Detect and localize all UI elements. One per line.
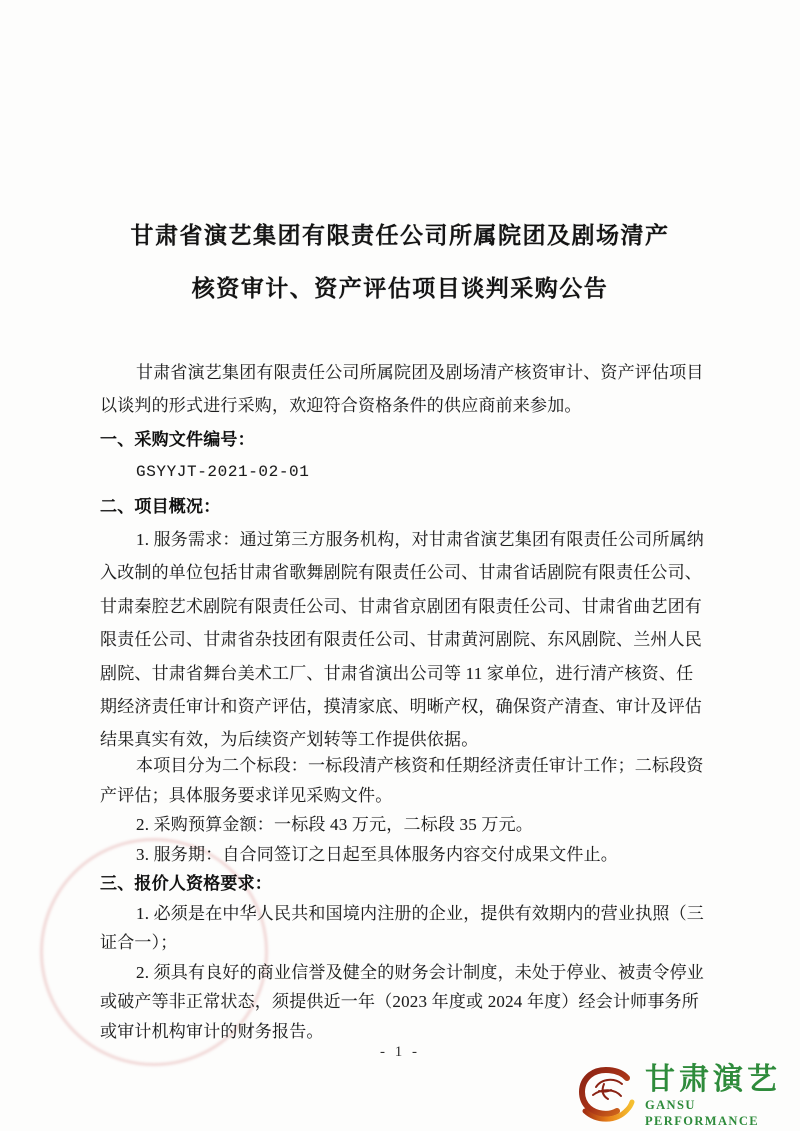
section-3-heading: 三、报价人资格要求：: [100, 869, 712, 899]
procurement-doc-number: GSYYJT-2021-02-01: [100, 456, 712, 489]
qualification-2-line-2: 或破产等非正常状态，须提供近一年（2023 年度或 2024 年度）经会计师事务…: [100, 987, 712, 1017]
logo-text-en: GANSU PERFORMANCE: [645, 1097, 800, 1129]
doc-body-upper: 甘肃省演艺集团有限责任公司所属院团及剧场清产核资审计、资产评估项目 以谈判的形式…: [100, 356, 712, 757]
service-period-line: 3. 服务期：自合同签订之日起至具体服务内容交付成果文件止。: [100, 840, 712, 870]
qualification-1-line-1: 1. 必须是在中华人民共和国境内注册的企业，提供有效期内的营业执照（三: [100, 899, 712, 929]
budget-line: 2. 采购预算金额：一标段 43 万元，二标段 35 万元。: [100, 810, 712, 840]
service-demand-line-5: 剧院、甘肃省舞台美术工厂、甘肃省演出公司等 11 家单位，进行清产核资、任: [100, 657, 712, 690]
page-number: - 1 -: [0, 1044, 800, 1061]
section-2-heading: 二、项目概况：: [100, 490, 712, 523]
doc-body-lower: 本项目分为二个标段：一标段清产核资和任期经济责任审计工作；二标段资 产评估；具体…: [100, 751, 712, 1046]
intro-line-2: 以谈判的形式进行采购，欢迎符合资格条件的供应商前来参加。: [100, 389, 712, 422]
service-demand-line-1: 1. 服务需求：通过第三方服务机构，对甘肃省演艺集团有限责任公司所属纳: [100, 523, 712, 556]
service-demand-line-4: 限责任公司、甘肃省杂技团有限责任公司、甘肃黄河剧院、东风剧院、兰州人民: [100, 623, 712, 656]
qualification-2-line-3: 或审计机构审计的财务报告。: [100, 1017, 712, 1047]
qualification-2-line-1: 2. 须具有良好的商业信誉及健全的财务会计制度，未处于停业、被责令停业: [100, 958, 712, 988]
phoenix-swirl-icon: [576, 1066, 638, 1126]
doc-title-line-2: 核资审计、资产评估项目谈判采购公告: [0, 262, 800, 315]
gansu-performance-logo: 甘肃演艺 GANSU PERFORMANCE: [576, 1064, 800, 1128]
document-page: 甘肃省演艺集团有限责任公司所属院团及剧场清产 核资审计、资产评估项目谈判采购公告…: [0, 0, 800, 1131]
service-demand-line-2: 入改制的单位包括甘肃省歌舞剧院有限责任公司、甘肃省话剧院有限责任公司、: [100, 556, 712, 589]
doc-title-line-1: 甘肃省演艺集团有限责任公司所属院团及剧场清产: [0, 209, 800, 262]
bid-sections-line-2: 产评估；具体服务要求详见采购文件。: [100, 781, 712, 811]
intro-line-1: 甘肃省演艺集团有限责任公司所属院团及剧场清产核资审计、资产评估项目: [100, 356, 712, 389]
service-demand-line-3: 甘肃秦腔艺术剧院有限责任公司、甘肃省京剧团有限责任公司、甘肃省曲艺团有: [100, 590, 712, 623]
logo-text-cn: 甘肃演艺: [645, 1063, 800, 1097]
doc-title: 甘肃省演艺集团有限责任公司所属院团及剧场清产 核资审计、资产评估项目谈判采购公告: [0, 209, 800, 315]
service-demand-line-6: 期经济责任审计和资产评估，摸清家底、明晰产权，确保资产清查、审计及评估: [100, 690, 712, 723]
logo-text: 甘肃演艺 GANSU PERFORMANCE: [645, 1063, 800, 1129]
bid-sections-line-1: 本项目分为二个标段：一标段清产核资和任期经济责任审计工作；二标段资: [100, 751, 712, 781]
section-1-heading: 一、采购文件编号：: [100, 423, 712, 456]
qualification-1-line-2: 证合一）；: [100, 928, 712, 958]
